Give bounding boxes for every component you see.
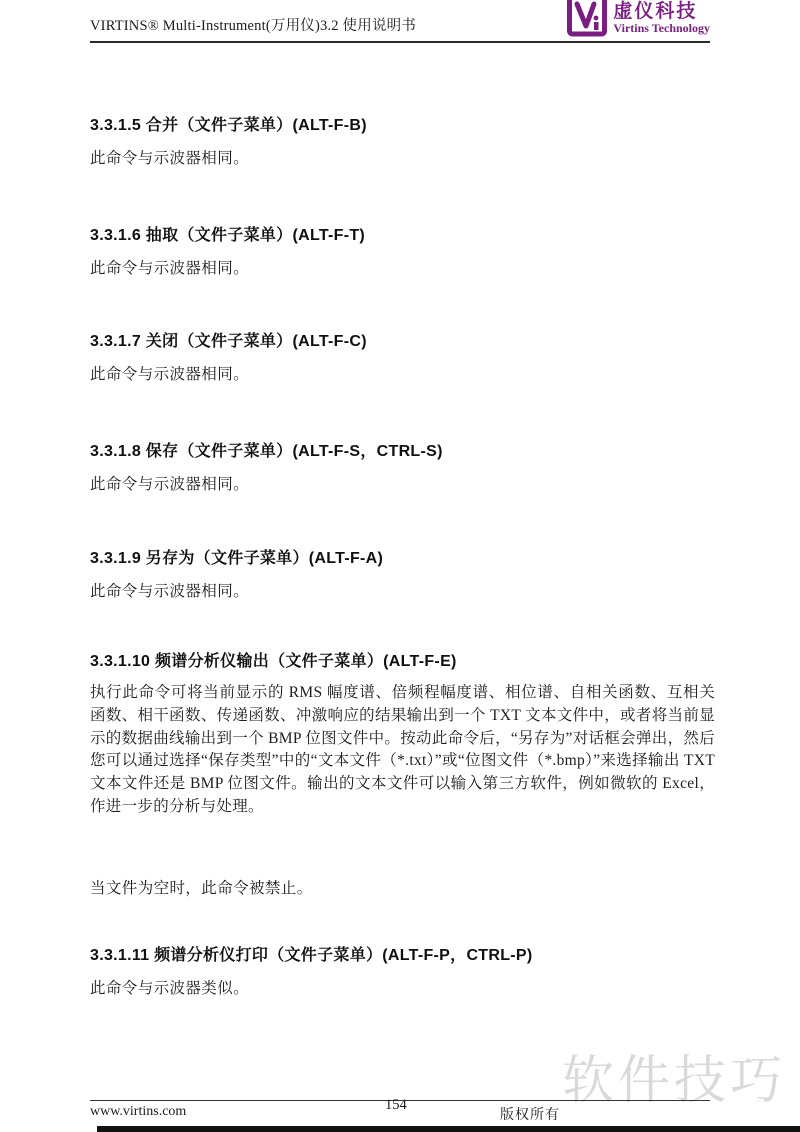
section-heading: 3.3.1.7 关闭（文件子菜单）(ALT-F-C): [90, 328, 715, 351]
footer-page-number: 154: [385, 1097, 407, 1114]
section-3-3-1-9: 3.3.1.9 另存为（文件子菜单）(ALT-F-A) 此命令与示波器相同。: [90, 545, 715, 601]
section-3-3-1-5: 3.3.1.5 合并（文件子菜单）(ALT-F-B) 此命令与示波器相同。: [90, 112, 715, 168]
section-3-3-1-8: 3.3.1.8 保存（文件子菜单）(ALT-F-S，CTRL-S) 此命令与示波…: [90, 438, 715, 494]
virtins-vi-logo-icon: [567, 0, 607, 40]
header-divider: [90, 41, 710, 43]
section-3-3-1-7: 3.3.1.7 关闭（文件子菜单）(ALT-F-C) 此命令与示波器相同。: [90, 328, 715, 384]
section-paragraph: 执行此命令可将当前显示的 RMS 幅度谱、倍频程幅度谱、相位谱、自相关函数、互相…: [90, 682, 715, 819]
section-body: 此命令与示波器类似。: [90, 976, 715, 998]
section-heading: 3.3.1.5 合并（文件子菜单）(ALT-F-B): [90, 112, 715, 135]
scan-edge-bar: [97, 1126, 800, 1132]
section-heading: 3.3.1.11 频谱分析仪打印（文件子菜单）(ALT-F-P，CTRL-P): [90, 942, 715, 965]
section-body: 此命令与示波器相同。: [90, 472, 715, 494]
logo-name-en: Virtins Technology: [613, 22, 710, 35]
page-header: VIRTINS® Multi-Instrument(万用仪)3.2 使用说明书 …: [90, 0, 710, 42]
section-body: 此命令与示波器相同。: [90, 256, 715, 278]
section-heading: 3.3.1.9 另存为（文件子菜单）(ALT-F-A): [90, 545, 715, 568]
section-body: 此命令与示波器相同。: [90, 362, 715, 384]
section-body: 此命令与示波器相同。: [90, 579, 715, 601]
section-3-3-1-11: 3.3.1.11 频谱分析仪打印（文件子菜单）(ALT-F-P，CTRL-P) …: [90, 942, 715, 998]
document-title: VIRTINS® Multi-Instrument(万用仪)3.2 使用说明书: [90, 14, 416, 35]
section-3-3-1-10: 3.3.1.10 频谱分析仪输出（文件子菜单）(ALT-F-E) 执行此命令可将…: [90, 648, 715, 819]
footer-copyright: 版权所有: [500, 1104, 560, 1124]
section-3-3-1-6: 3.3.1.6 抽取（文件子菜单）(ALT-F-T) 此命令与示波器相同。: [90, 222, 715, 278]
section-heading: 3.3.1.10 频谱分析仪输出（文件子菜单）(ALT-F-E): [90, 648, 715, 671]
footer-website: www.virtins.com: [90, 1104, 186, 1120]
logo-text: 虚仪科技 Virtins Technology: [613, 2, 710, 35]
manual-page: VIRTINS® Multi-Instrument(万用仪)3.2 使用说明书 …: [0, 0, 800, 1132]
logo-name-cn: 虚仪科技: [613, 2, 697, 22]
section-heading: 3.3.1.8 保存（文件子菜单）(ALT-F-S，CTRL-S): [90, 438, 715, 461]
section-heading: 3.3.1.6 抽取（文件子菜单）(ALT-F-T): [90, 222, 715, 245]
virtins-logo: 虚仪科技 Virtins Technology: [567, 0, 710, 40]
section-body: 此命令与示波器相同。: [90, 146, 715, 168]
watermark: 软件技巧: [562, 1038, 786, 1113]
section-note: 当文件为空时，此命令被禁止。: [90, 876, 313, 898]
